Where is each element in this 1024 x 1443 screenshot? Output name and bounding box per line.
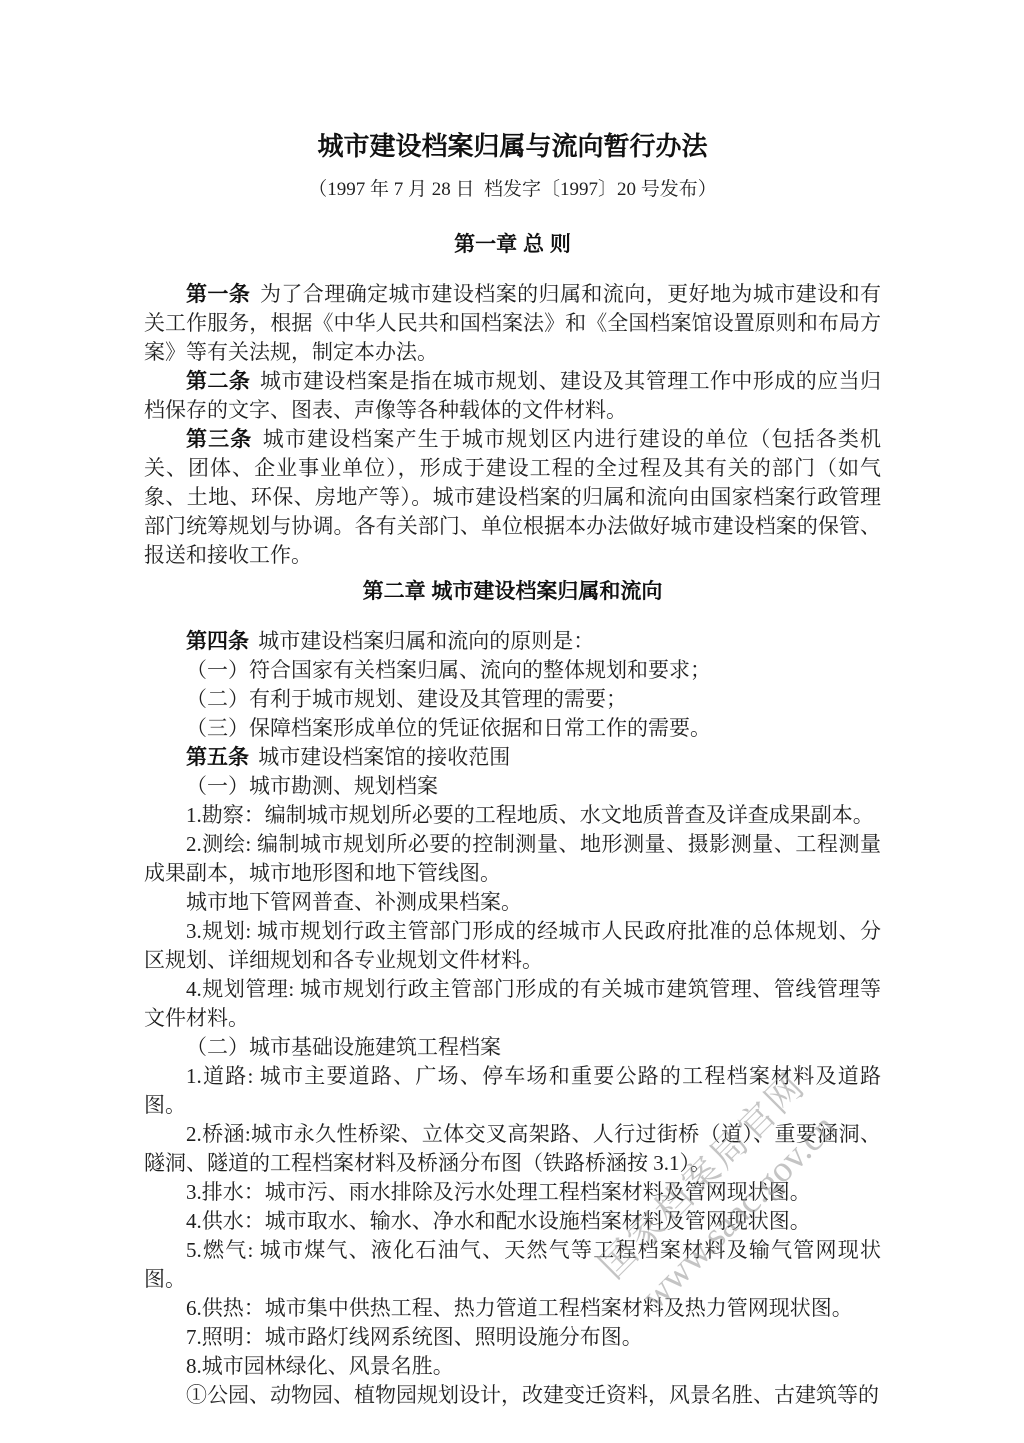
paragraph: （二）有利于城市规划、建设及其管理的需要；: [144, 685, 881, 714]
document-subtitle: （1997 年 7 月 28 日 档发字〔1997〕20 号发布）: [144, 177, 881, 203]
article-number: 第五条: [186, 746, 249, 769]
paragraph: 5.燃气: 城市煤气、液化石油气、天然气等工程档案材料及输气管网现状图。: [144, 1236, 881, 1294]
paragraph: 4.供水：城市取水、输水、净水和配水设施档案材料及管网现状图。: [144, 1207, 881, 1236]
chapter: 第一章 总 则第一条 为了合理确定城市建设档案的归属和流向，更好地为城市建设和有…: [144, 231, 881, 570]
paragraph: ①公园、动物园、植物园规划设计，改建变迁资料，风景名胜、古建筑等的: [144, 1381, 881, 1410]
document-body: 第一章 总 则第一条 为了合理确定城市建设档案的归属和流向，更好地为城市建设和有…: [144, 231, 881, 1410]
paragraph: 第五条 城市建设档案馆的接收范围: [144, 743, 881, 772]
paragraph: （一）符合国家有关档案归属、流向的整体规划和要求；: [144, 656, 881, 685]
document-page: 城市建设档案归属与流向暂行办法 （1997 年 7 月 28 日 档发字〔199…: [0, 0, 1024, 1443]
paragraph: 3.排水：城市污、雨水排除及污水处理工程档案材料及管网现状图。: [144, 1178, 881, 1207]
article-number: 第一条: [186, 283, 250, 306]
paragraph: （二）城市基础设施建筑工程档案: [144, 1033, 881, 1062]
paragraph: 第一条 为了合理确定城市建设档案的归属和流向，更好地为城市建设和有关工作服务，根…: [144, 280, 881, 367]
chapter: 第二章 城市建设档案归属和流向第四条 城市建设档案归属和流向的原则是：（一）符合…: [144, 578, 881, 1410]
chapter-body: 第四条 城市建设档案归属和流向的原则是：（一）符合国家有关档案归属、流向的整体规…: [144, 627, 881, 1410]
paragraph: （一）城市勘测、规划档案: [144, 772, 881, 801]
paragraph: 3.规划: 城市规划行政主管部门形成的经城市人民政府批准的总体规划、分区规划、详…: [144, 917, 881, 975]
paragraph: 2.测绘: 编制城市规划所必要的控制测量、地形测量、摄影测量、工程测量成果副本，…: [144, 830, 881, 888]
paragraph: 第三条 城市建设档案产生于城市规划区内进行建设的单位（包括各类机关、团体、企业事…: [144, 425, 881, 570]
document-title: 城市建设档案归属与流向暂行办法: [144, 131, 881, 161]
chapter-heading: 第二章 城市建设档案归属和流向: [144, 578, 881, 606]
document-content: 城市建设档案归属与流向暂行办法 （1997 年 7 月 28 日 档发字〔199…: [0, 0, 1024, 1410]
paragraph: 第二条 城市建设档案是指在城市规划、建设及其管理工作中形成的应当归档保存的文字、…: [144, 367, 881, 425]
paragraph: 城市地下管网普查、补测成果档案。: [144, 888, 881, 917]
paragraph: （三）保障档案形成单位的凭证依据和日常工作的需要。: [144, 714, 881, 743]
paragraph: 第四条 城市建设档案归属和流向的原则是：: [144, 627, 881, 656]
chapter-heading: 第一章 总 则: [144, 231, 881, 259]
paragraph: 8.城市园林绿化、风景名胜。: [144, 1352, 881, 1381]
paragraph: 2.桥涵:城市永久性桥梁、立体交叉高架路、人行过街桥（道）、重要涵洞、隧洞、隧道…: [144, 1120, 881, 1178]
chapter-body: 第一条 为了合理确定城市建设档案的归属和流向，更好地为城市建设和有关工作服务，根…: [144, 280, 881, 570]
article-number: 第二条: [186, 370, 250, 393]
paragraph: 7.照明：城市路灯线网系统图、照明设施分布图。: [144, 1323, 881, 1352]
paragraph: 4.规划管理: 城市规划行政主管部门形成的有关城市建筑管理、管线管理等文件材料。: [144, 975, 881, 1033]
article-number: 第三条: [186, 428, 252, 451]
paragraph: 1.勘察：编制城市规划所必要的工程地质、水文地质普查及详查成果副本。: [144, 801, 881, 830]
article-number: 第四条: [186, 630, 249, 653]
paragraph: 6.供热：城市集中供热工程、热力管道工程档案材料及热力管网现状图。: [144, 1294, 881, 1323]
paragraph: 1.道路: 城市主要道路、广场、停车场和重要公路的工程档案材料及道路图。: [144, 1062, 881, 1120]
